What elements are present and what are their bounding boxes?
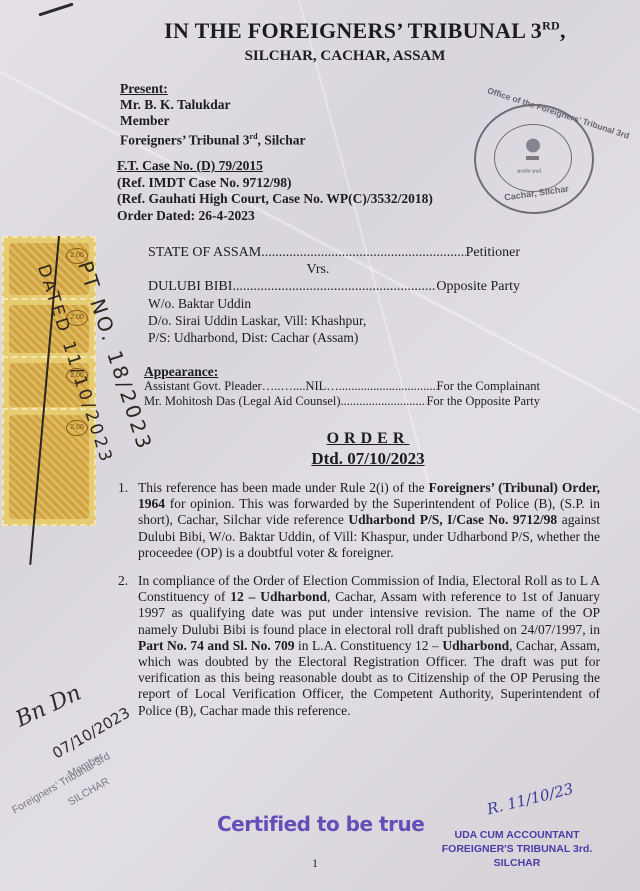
tribunal-location: SILCHAR, CACHAR, ASSAM	[0, 48, 640, 65]
opposite-party-role: Opposite Party	[436, 278, 520, 295]
member-designation: Member	[120, 113, 306, 129]
member-signature: Bn Dn	[12, 681, 85, 733]
counsel-name: Mr. Mohitosh Das (Legal Aid Counsel)	[144, 394, 341, 409]
member-signature-block: Bn Dn 07/10/2023 Member Foreigners’ Trib…	[8, 686, 158, 816]
uda-stamp-line: UDA CUM ACCOUNTANT	[432, 828, 602, 842]
party-address-line: W/o. Baktar Uddin	[148, 295, 520, 312]
order-paragraph: 2. In compliance of the Order of Electio…	[138, 573, 600, 719]
dot-leader	[339, 379, 437, 394]
petitioner-name: STATE OF ASSAM	[148, 244, 261, 261]
counsel-name: Assistant Govt. Pleader…..…....NIL…	[144, 379, 339, 394]
petitioner-row: STATE OF ASSAM Petitioner	[148, 244, 520, 261]
paragraph-text: This reference has been made under Rule …	[138, 480, 600, 560]
pen-mark	[38, 3, 73, 17]
dot-leader	[232, 278, 436, 295]
dot-leader	[341, 394, 427, 409]
paragraph-number: 2.	[118, 573, 128, 589]
opposite-party-name: DULUBI BIBI	[148, 278, 232, 295]
uda-stamp: UDA CUM ACCOUNTANT FOREIGNER'S TRIBUNAL …	[432, 828, 602, 870]
seal-motto: सत्यमेव जयते	[517, 169, 541, 175]
uda-stamp-line: FOREIGNER'S TRIBUNAL 3rd.	[432, 842, 602, 856]
tribunal-name: Foreigners’ Tribunal 3rd, Silchar	[120, 129, 306, 149]
paragraph-text: In compliance of the Order of Election C…	[138, 573, 600, 718]
certified-true-stamp: Certified to be true	[217, 812, 424, 836]
party-address-line: D/o. Sirai Uddin Laskar, Vill: Khashpur,	[148, 312, 520, 329]
order-dated: Order Dated: 26-4-2023	[117, 208, 433, 225]
seal-inner-ring: सत्यमेव जयते	[494, 124, 572, 192]
uda-stamp-line: SILCHAR	[432, 856, 602, 870]
case-details: F.T. Case No. (D) 79/2015 (Ref. IMDT Cas…	[117, 158, 433, 224]
appearance-label: Appearance:	[144, 364, 540, 379]
counsel-role: For the Opposite Party	[426, 394, 540, 409]
versus-label: Vrs.	[148, 261, 468, 278]
present-label: Present:	[120, 81, 306, 97]
high-court-reference: (Ref. Gauhati High Court, Case No. WP(C)…	[117, 191, 433, 208]
member-name: Mr. B. K. Talukdar	[120, 97, 306, 113]
appearance-row: Mr. Mohitosh Das (Legal Aid Counsel) For…	[144, 394, 540, 409]
appearance-row: Assistant Govt. Pleader…..…....NIL… For …	[144, 379, 540, 394]
petitioner-role: Petitioner	[466, 244, 520, 261]
page-number: 1	[312, 856, 318, 871]
imdt-reference: (Ref. IMDT Case No. 9712/98)	[117, 175, 433, 192]
ft-case-number: F.T. Case No. (D) 79/2015	[117, 158, 433, 175]
paragraph-number: 1.	[118, 480, 128, 496]
counsel-role: For the Complainant	[437, 379, 540, 394]
uda-signature: R. 11/10/23	[485, 780, 575, 819]
dot-leader	[261, 244, 465, 261]
office-seal: Office of the Foreigners’ Tribunal 3rd स…	[474, 104, 594, 214]
appearance-block: Appearance: Assistant Govt. Pleader…..….…	[144, 364, 540, 409]
tribunal-title: IN THE FOREIGNERS’ TRIBUNAL 3RD,	[0, 18, 640, 44]
present-block: Present: Mr. B. K. Talukdar Member Forei…	[120, 81, 306, 149]
party-address-line: P/S: Udharbond, Dist: Cachar (Assam)	[148, 329, 520, 346]
court-fee-stamp: 2.00	[2, 408, 96, 526]
order-paragraph: 1. This reference has been made under Ru…	[138, 480, 600, 561]
opposite-party-row: DULUBI BIBI Opposite Party	[148, 278, 520, 295]
parties-block: STATE OF ASSAM Petitioner Vrs. DULUBI BI…	[148, 244, 520, 346]
national-emblem-icon	[522, 135, 544, 165]
